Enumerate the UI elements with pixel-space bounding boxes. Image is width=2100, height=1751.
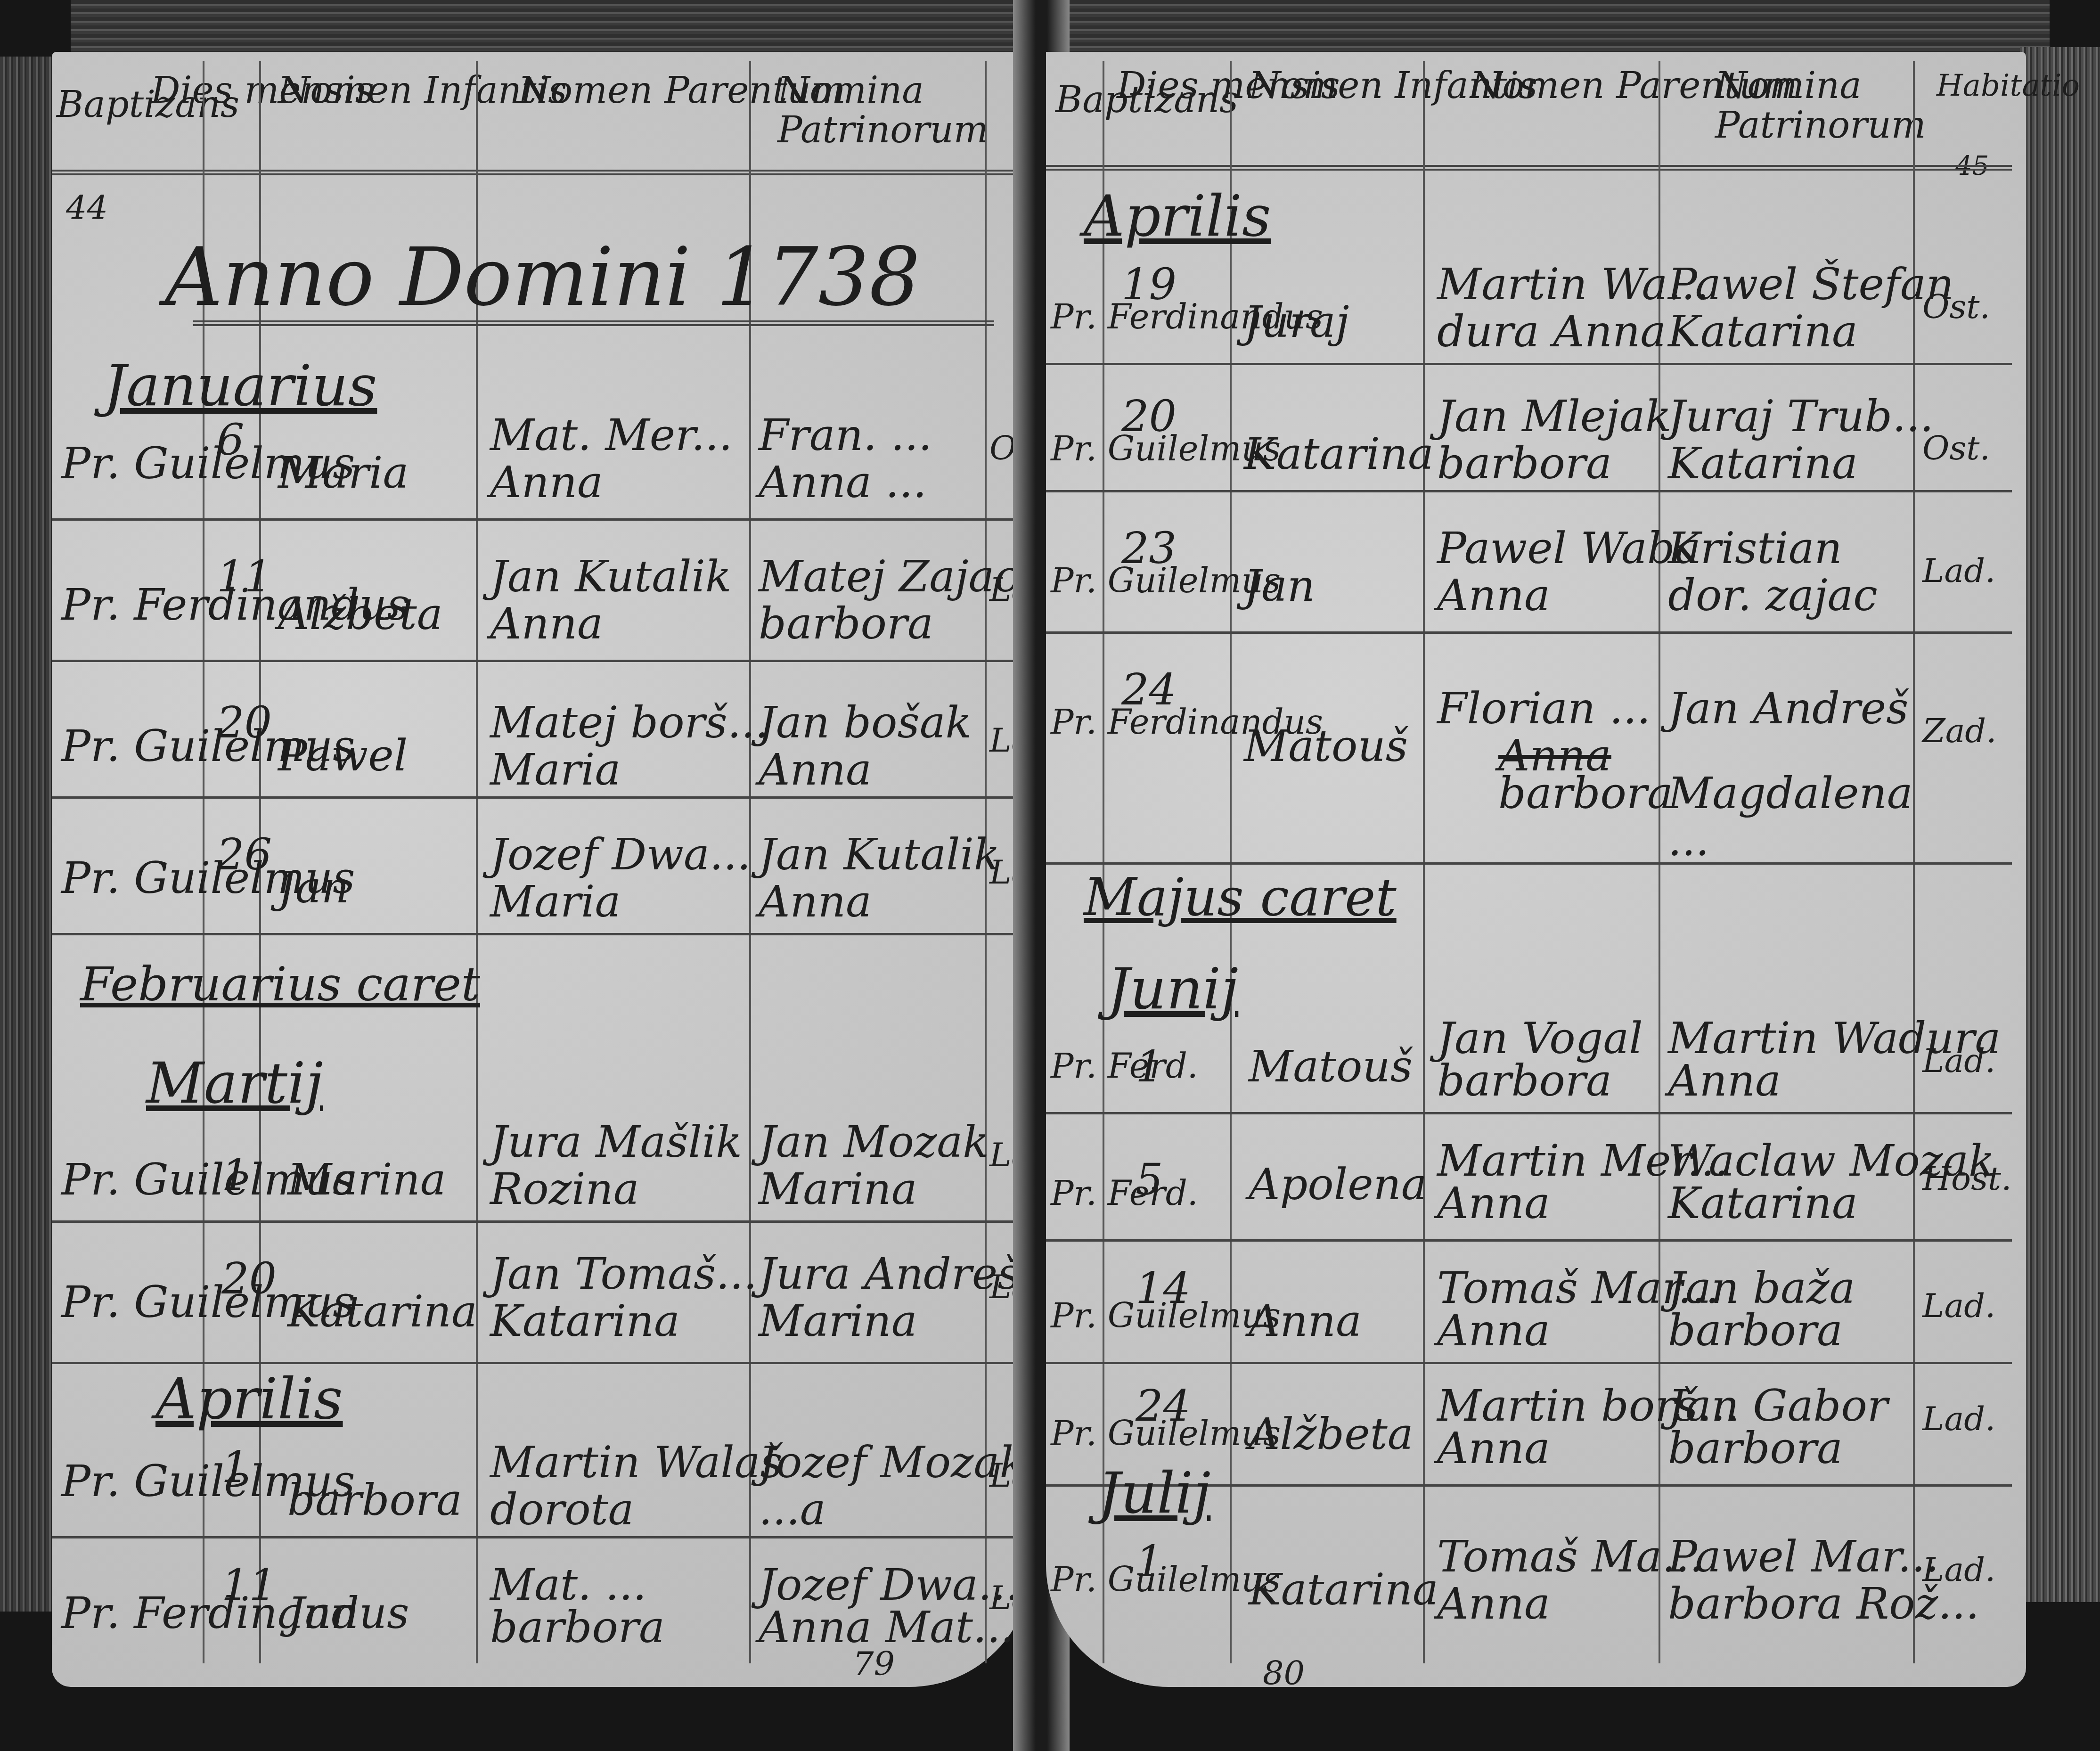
- godparent: Katarina: [1668, 1178, 1858, 1228]
- month-heading: Julij: [1098, 1461, 1210, 1526]
- parent-mother: dura Anna: [1437, 306, 1666, 357]
- day: 20: [217, 697, 272, 748]
- day: 5: [1136, 1154, 1163, 1205]
- place: Host.: [1922, 1159, 2012, 1198]
- infant-name: barbora: [287, 1475, 462, 1525]
- parent-mother: Anna: [1437, 1305, 1550, 1356]
- godparent: barbora: [1668, 1305, 1843, 1356]
- godparent: Anna: [1668, 1056, 1781, 1106]
- parent-mother: barbora: [1437, 438, 1612, 489]
- parent-mother: Maria: [490, 876, 621, 927]
- row-rule: [1046, 862, 2012, 865]
- row-rule: [1046, 363, 2012, 365]
- place: Lad.: [1922, 551, 1995, 590]
- right-page: Baptizans Dies mensis Nomen Infantis Nom…: [1046, 52, 2026, 1687]
- infant-name: Apolena: [1249, 1159, 1427, 1210]
- godparent: Katarina: [1668, 306, 1858, 357]
- godparent: Jan Andreš: [1668, 683, 1908, 734]
- parent-father: Mat. Mer...: [490, 410, 733, 460]
- day: 1: [221, 1150, 249, 1200]
- godparent: Katarina: [1668, 438, 1858, 489]
- parent-mother: barbora: [1437, 1056, 1612, 1106]
- godparent: Jozef Mozak: [759, 1437, 1026, 1488]
- month-heading: Majus caret: [1084, 867, 1397, 927]
- row-rule: [1046, 1362, 2012, 1364]
- parent-mother: Anna: [1437, 570, 1550, 621]
- row-rule: [52, 1220, 1018, 1223]
- parent-mother: Maria: [490, 745, 621, 795]
- parent-mother: Anna: [1437, 1579, 1550, 1629]
- godparent: ...a: [759, 1484, 826, 1535]
- godparent: Matej Zajac: [759, 551, 1019, 602]
- baptizans: Pr. Ferd.: [1051, 1173, 1198, 1213]
- place: Lad.: [1922, 1041, 1995, 1080]
- day: 24: [1121, 664, 1177, 715]
- page-edges-right: [2020, 47, 2100, 1602]
- row-rule: [52, 660, 1018, 662]
- day: 11: [217, 551, 272, 602]
- header-rule: [52, 170, 1018, 175]
- godparent: Anna ...: [759, 457, 927, 507]
- row-rule: [1046, 631, 2012, 634]
- parent-father: Martin Walaš: [490, 1437, 783, 1488]
- day: 24: [1136, 1381, 1191, 1431]
- place: Zad.: [1922, 712, 1996, 750]
- header-habitatio: Habitatio: [1937, 66, 2080, 106]
- place: Ost.: [1922, 287, 1990, 326]
- page-edges-left: [0, 57, 52, 1612]
- infant-name: Matouš: [1249, 1041, 1413, 1092]
- godparent: Juraj Trub...: [1668, 391, 1934, 442]
- infant-name: Pawel: [278, 730, 408, 781]
- row-rule: [52, 1536, 1018, 1538]
- month-heading: Aprilis: [1084, 184, 1271, 249]
- row-rule: [52, 933, 1018, 935]
- header-nomina-patrinorum: Nomina Patrinorum: [777, 71, 1032, 150]
- header-rule: [1046, 165, 2012, 171]
- month-heading: Junij: [1107, 957, 1238, 1022]
- godparent: barbora: [759, 598, 933, 649]
- row-rule: [52, 1362, 1018, 1364]
- parent-father: Matej borš...: [490, 697, 768, 748]
- place: Lad.: [1922, 1550, 1995, 1589]
- parent-mother: dorota: [490, 1484, 634, 1535]
- row-rule: [52, 796, 1018, 799]
- day: 19: [1121, 259, 1177, 310]
- infant-name: Jan: [278, 862, 349, 913]
- godparent: Anna: [759, 745, 872, 795]
- folio-number: 44: [66, 188, 108, 227]
- godparent: barbora: [1668, 1423, 1843, 1473]
- parent-father: Jan Kutalik: [490, 551, 732, 602]
- infant-name: Juraj: [1244, 297, 1349, 347]
- row-rule: [1046, 1239, 2012, 1242]
- parent-mother: Katarina: [490, 1296, 680, 1346]
- month-heading: Januarius: [104, 353, 377, 419]
- godparent: dor. zajac: [1668, 570, 1878, 621]
- godparent: Jura Andreš: [759, 1249, 1020, 1299]
- parent-father: Jozef Dwa...: [490, 829, 751, 880]
- infant-name: Matouš: [1244, 721, 1408, 771]
- day: 11: [221, 1560, 277, 1610]
- month-heading: Martij: [146, 1051, 323, 1116]
- parent-father: Tomaš Ma...: [1437, 1531, 1703, 1582]
- parent-father: Jan Mlejak: [1437, 391, 1671, 442]
- godparent: Magdalena: [1668, 768, 1913, 818]
- month-heading: Februarius caret: [80, 957, 480, 1012]
- day: 23: [1121, 523, 1177, 573]
- page-number: 80: [1263, 1654, 1305, 1693]
- infant-name: Katarina: [287, 1286, 477, 1337]
- godparent: Jan Kutalik: [759, 829, 1000, 880]
- day: 20: [1121, 391, 1177, 442]
- parent-mother: Anna: [490, 598, 603, 649]
- infant-name: Alžbeta: [278, 589, 443, 639]
- parent-mother: Anna: [1437, 1178, 1550, 1228]
- day: 14: [1136, 1263, 1191, 1313]
- parent-mother: Anna: [490, 457, 603, 507]
- parent-mother: Rozina: [490, 1164, 639, 1214]
- parent-mother: barbora: [1498, 768, 1673, 818]
- godparent: Marina: [759, 1164, 917, 1214]
- infant-name: Alžbeta: [1249, 1409, 1414, 1459]
- parent-father: Florian ...: [1437, 683, 1651, 734]
- godparent: Marina: [759, 1296, 917, 1346]
- day: 1: [1136, 1041, 1163, 1092]
- open-register-book: Baptizans Dies mensis Nomen Infantis Nom…: [0, 0, 2100, 1751]
- infant-name: Maria: [278, 448, 409, 498]
- parent-father: Jan Tomaš...: [490, 1249, 757, 1299]
- godparent: Pawel Štefan: [1668, 259, 1954, 310]
- godparent: Pawel Mar...: [1668, 1531, 1939, 1582]
- row-rule: [1046, 1112, 2012, 1114]
- godparent: Jan Mozak: [759, 1117, 989, 1167]
- left-page: Baptizans Dies mensis Nomen Infantis Nom…: [52, 52, 1032, 1687]
- day: 1: [221, 1442, 249, 1492]
- day: 20: [221, 1253, 277, 1304]
- infant-name: Jan: [1244, 561, 1315, 611]
- parent-mother: barbora: [490, 1602, 665, 1653]
- baptizans: Pr. Guilelmus: [1051, 1560, 1281, 1599]
- place: Ost.: [1922, 429, 1990, 467]
- place: Lad.: [1922, 1286, 1995, 1325]
- day: 6: [217, 415, 245, 465]
- year-rule: [193, 320, 994, 326]
- parent-father: Jura Mašlik: [490, 1117, 742, 1167]
- infant-name: Jan: [287, 1588, 359, 1638]
- infant-name: Katarina: [1244, 429, 1434, 479]
- infant-name: Marina: [287, 1154, 446, 1205]
- month-heading: Aprilis: [155, 1366, 343, 1432]
- parent-mother: Anna: [1437, 1423, 1550, 1473]
- day: 1: [1136, 1536, 1163, 1587]
- infant-name: Katarina: [1249, 1564, 1438, 1615]
- godparent: ...: [1668, 815, 1709, 866]
- infant-name: Anna: [1249, 1296, 1362, 1346]
- parent-father: Pawel Waba: [1437, 523, 1701, 573]
- row-rule: [1046, 490, 2012, 492]
- godparent: Fran. ...: [759, 410, 932, 460]
- row-rule: [52, 518, 1018, 521]
- godparent: Jan bošak: [759, 697, 972, 748]
- baptizans: Pr. Ferd.: [1051, 1046, 1198, 1086]
- year-heading: Anno Domini 1738: [165, 231, 920, 324]
- godparent: Anna: [759, 876, 872, 927]
- godparent: Kristian: [1668, 523, 1842, 573]
- place: Lad.: [1922, 1399, 1995, 1438]
- day: 26: [217, 829, 272, 880]
- page-number: 79: [853, 1645, 895, 1683]
